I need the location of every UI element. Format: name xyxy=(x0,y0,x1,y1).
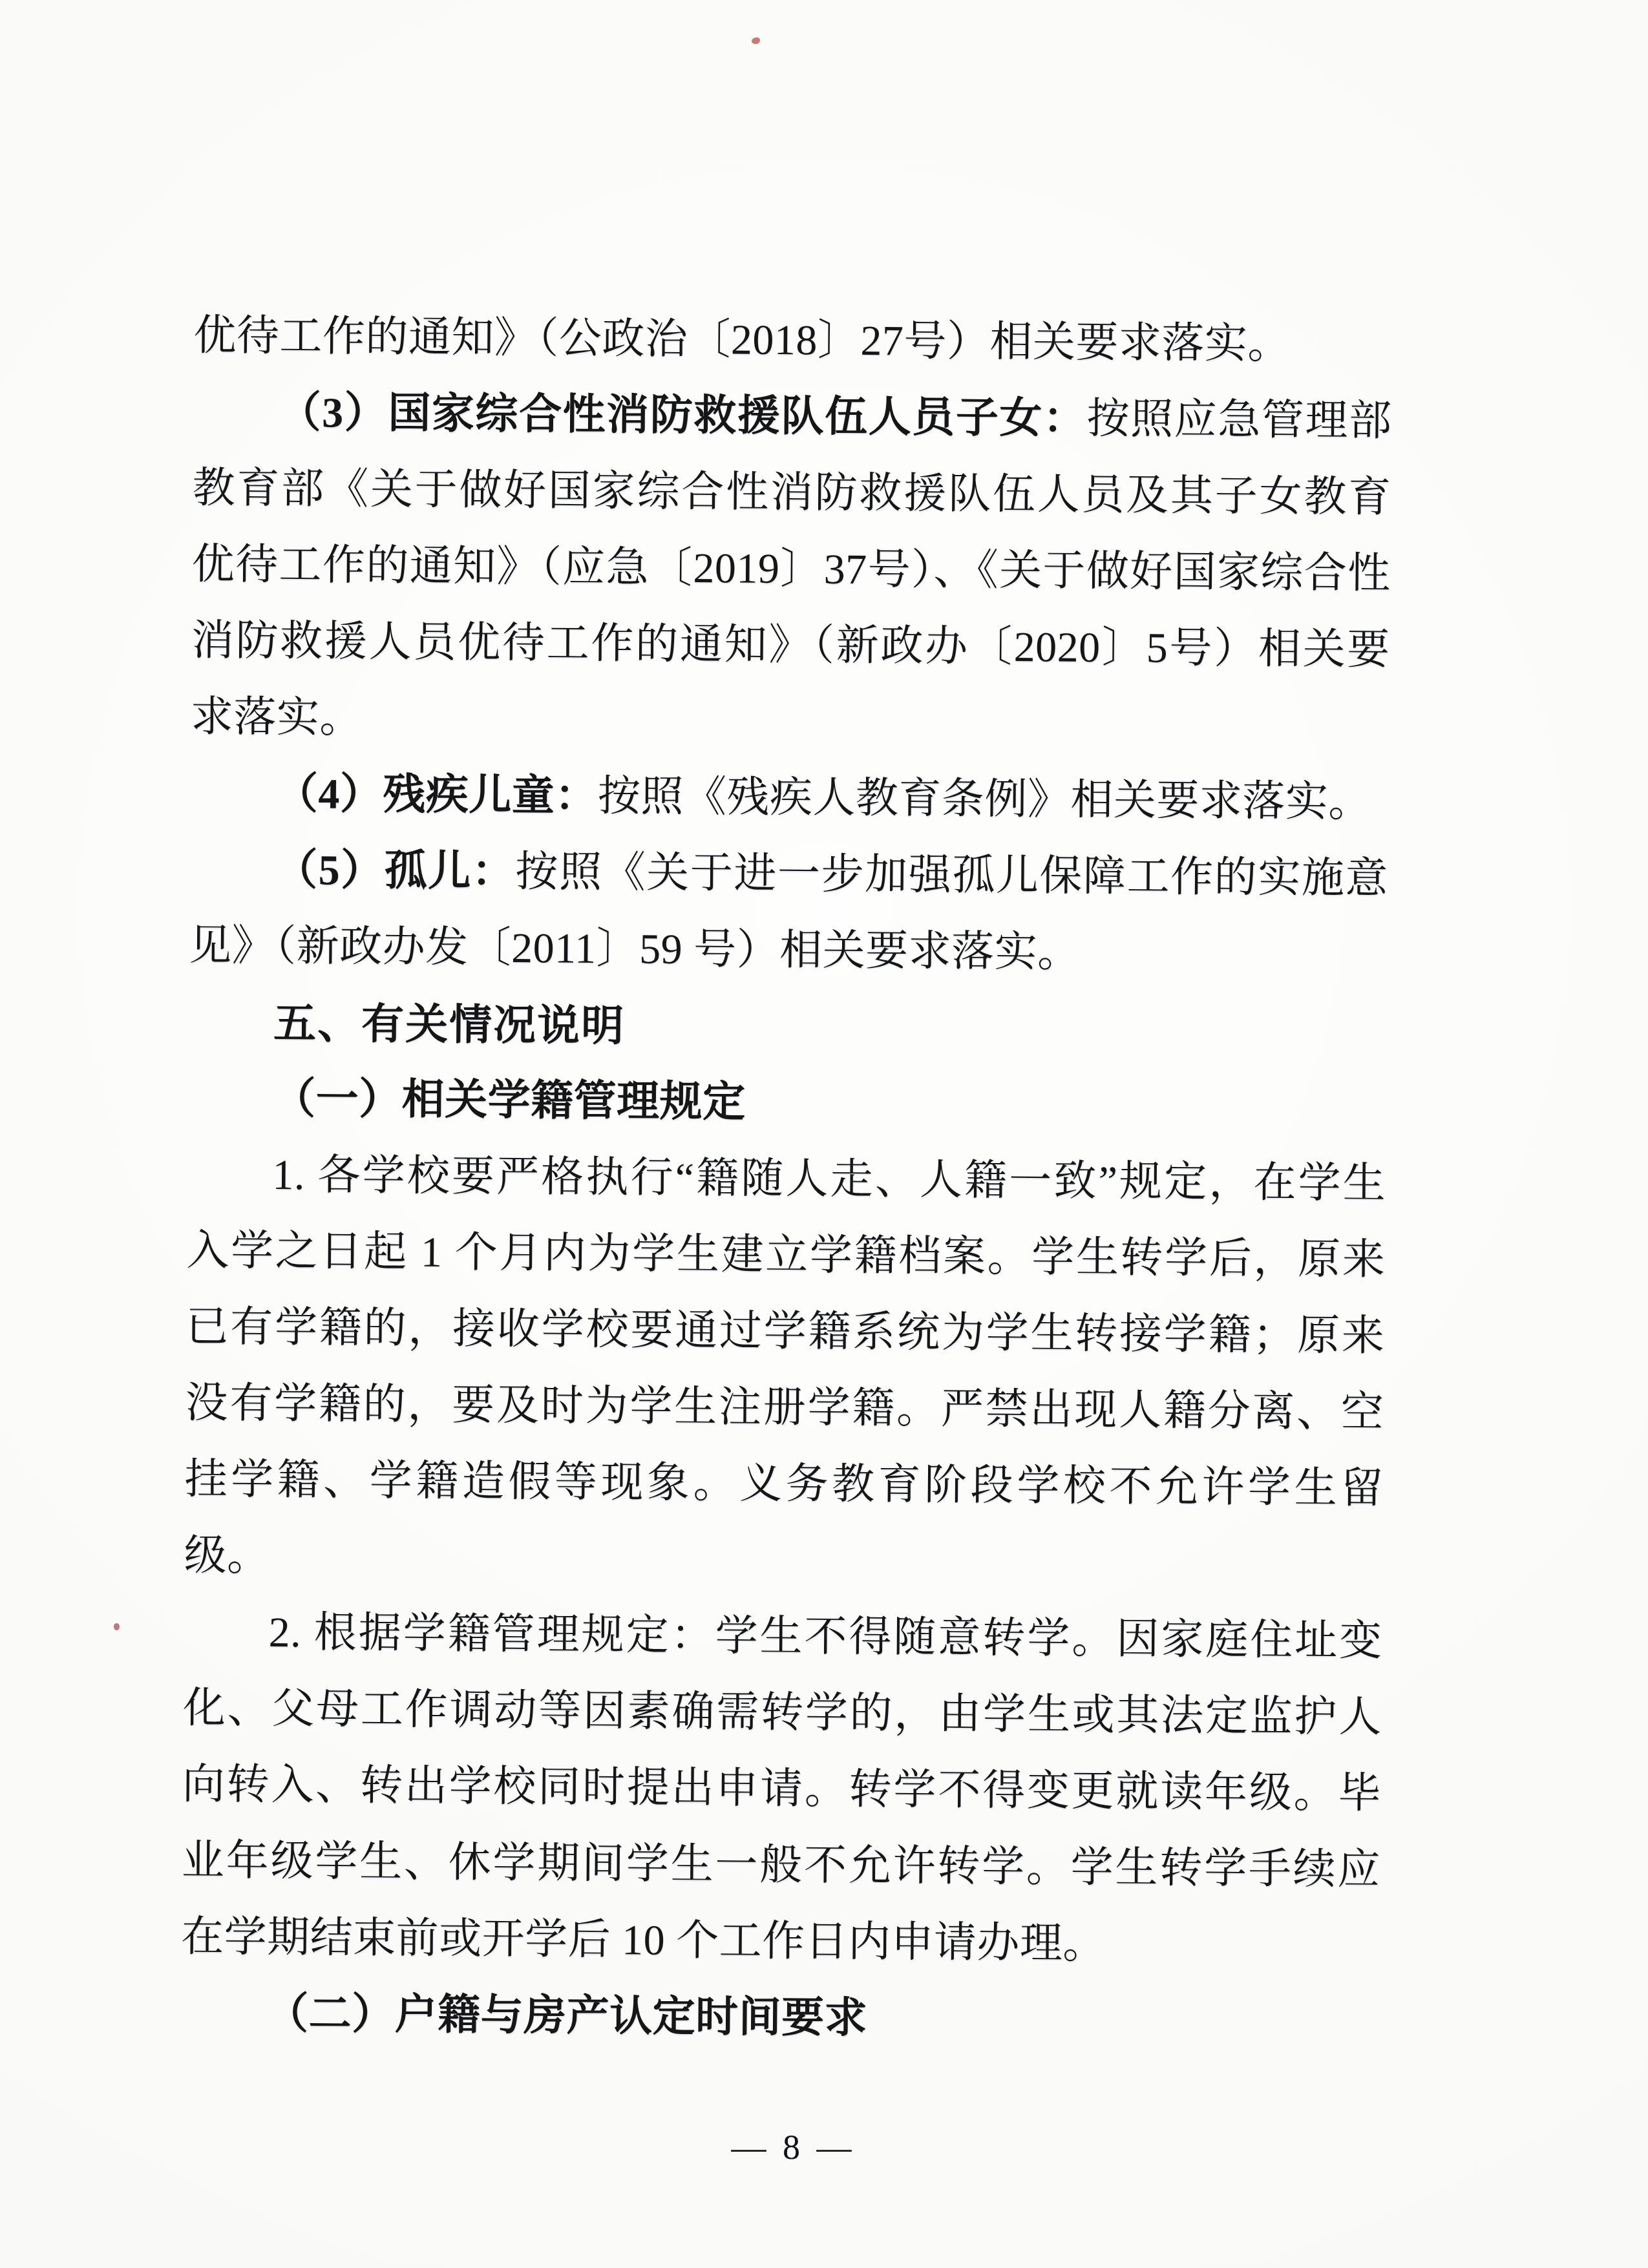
scan-speck-icon xyxy=(752,37,760,44)
subsection-1-paragraph-2: 2. 根据学籍管理规定：学生不得随意转学。因家庭住址变化、父母工作调动等因素确需… xyxy=(181,1594,1383,1985)
clause-5-lead: （5）孤儿： xyxy=(275,846,516,896)
clause-3: （3）国家综合性消防救援队伍人员子女：按照应急管理部教育部《关于做好国家综合性消… xyxy=(190,374,1392,765)
subsection-1-heading: （一）相关学籍管理规定 xyxy=(187,1060,1387,1146)
clause-4: （4）残疾儿童：按照《残疾人教育条例》相关要求落实。 xyxy=(190,755,1389,841)
clause-5: （5）孤儿：按照《关于进一步加强孤儿保障工作的实施意见》（新政办发〔2011〕5… xyxy=(189,832,1389,994)
clause-3-text: 按照应急管理部教育部《关于做好国家综合性消防救援队伍人员及其子女教育优待工作的通… xyxy=(191,395,1392,742)
document-page: 优待工作的通知》（公政治〔2018〕27号）相关要求落实。 （3）国家综合性消防… xyxy=(0,0,1648,2268)
subsection-2-heading: （二）户籍与房产认定时间要求 xyxy=(180,1975,1380,2061)
document-body: 优待工作的通知》（公政治〔2018〕27号）相关要求落实。 （3）国家综合性消防… xyxy=(180,298,1393,2061)
clause-4-text: 按照《残疾人教育条例》相关要求落实。 xyxy=(598,773,1372,826)
section-heading: 五、有关情况说明 xyxy=(188,984,1388,1070)
scan-speck-icon xyxy=(114,1623,120,1630)
clause-4-lead: （4）残疾儿童： xyxy=(275,770,598,820)
clause-3-lead: （3）国家综合性消防救援队伍人员子女： xyxy=(278,389,1087,443)
page-number: — 8 — xyxy=(194,2127,1393,2167)
subsection-1-paragraph-1: 1. 各学校要严格执行“籍随人走、人籍一致”规定，在学生入学之日起 1 个月内为… xyxy=(184,1137,1386,1604)
paragraph-continuation: 优待工作的通知》（公政治〔2018〕27号）相关要求落实。 xyxy=(193,298,1393,384)
